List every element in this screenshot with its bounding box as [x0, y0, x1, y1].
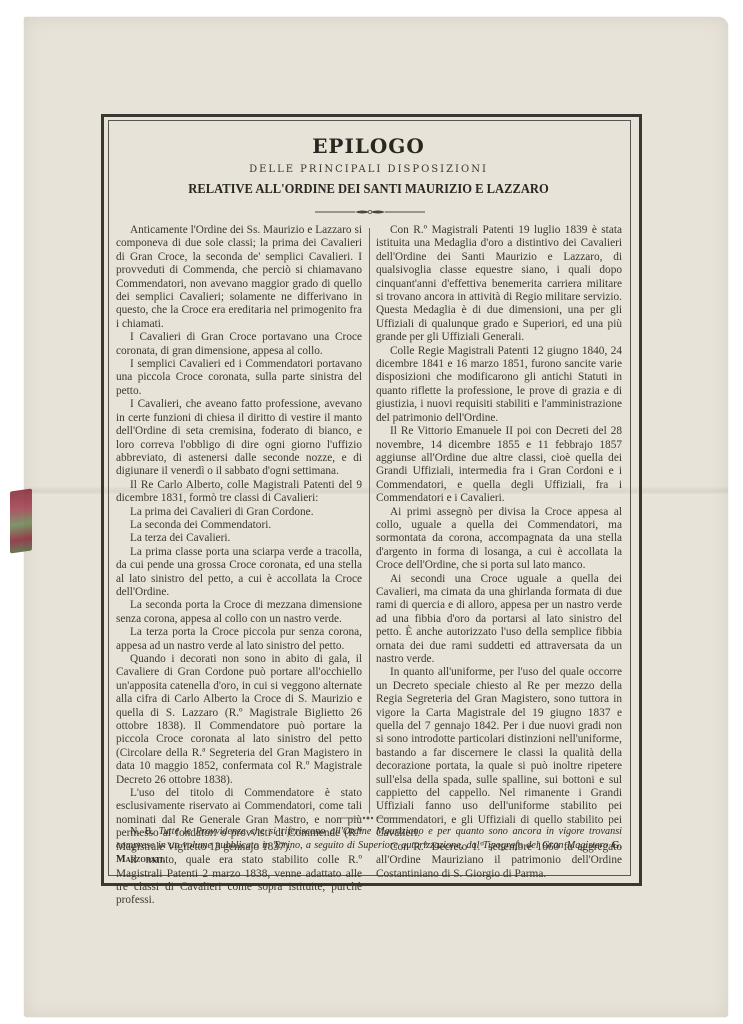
paragraph: Anticamente l'Ordine dei Ss. Maurizio e …: [116, 224, 362, 331]
column-divider: [369, 228, 370, 813]
right-column: Con R.º Magistrali Patenti 19 luglio 183…: [376, 224, 622, 881]
paragraph: La seconda porta la Croce di mezzana dim…: [116, 599, 362, 626]
document-subtitle-2: RELATIVE ALL'ORDINE DEI SANTI MAURIZIO E…: [126, 181, 611, 197]
paragraph: Quando i decorati non sono in abito di g…: [116, 653, 362, 787]
footnote: N. B. Tutte le Provvidenze che si riferi…: [116, 825, 622, 867]
paragraph: Con R.º Magistrali Patenti 19 luglio 183…: [376, 224, 622, 345]
footnote-text: Tutte le Provvidenze che si riferiscono …: [116, 826, 622, 851]
paragraph: I Cavalieri di Gran Croce portavano una …: [116, 331, 362, 358]
paragraph: In quanto all'uniforme, per l'uso del qu…: [376, 666, 622, 840]
decorative-rule-icon: [315, 209, 425, 215]
paragraph: Il Re Carlo Alberto, colle Magistrali Pa…: [116, 479, 362, 506]
paragraph: Ai primi assegnò per divisa la Croce app…: [376, 506, 622, 573]
paragraph: I semplici Cavalieri ed i Commendatori p…: [116, 358, 362, 398]
paragraph: Colle Regie Magistrali Patenti 12 giugno…: [376, 345, 622, 425]
class-list-item: La seconda dei Commendatori.: [116, 519, 362, 532]
paragraph: I Cavalieri, che aveano fatto profession…: [116, 398, 362, 478]
paragraph: La terza porta la Croce piccola pur senz…: [116, 626, 362, 653]
small-ornament-icon: [338, 816, 398, 820]
footnote-lead: N. B.: [130, 826, 154, 837]
ribbon-remnant: [10, 488, 32, 553]
document-title: EPILOGO: [108, 134, 629, 158]
class-list-item: La terza dei Cavalieri.: [116, 532, 362, 545]
paragraph: Il Re Vittorio Emanuele II poi con Decre…: [376, 425, 622, 505]
document-subtitle-1: DELLE PRINCIPALI DISPOSIZIONI: [108, 164, 629, 175]
class-list-item: La prima dei Cavalieri di Gran Cordone.: [116, 506, 362, 519]
left-column: Anticamente l'Ordine dei Ss. Maurizio e …: [116, 224, 362, 908]
paragraph: La prima classe porta una sciarpa verde …: [116, 546, 362, 600]
paragraph: Ai secondi una Croce uguale a quella dei…: [376, 573, 622, 667]
